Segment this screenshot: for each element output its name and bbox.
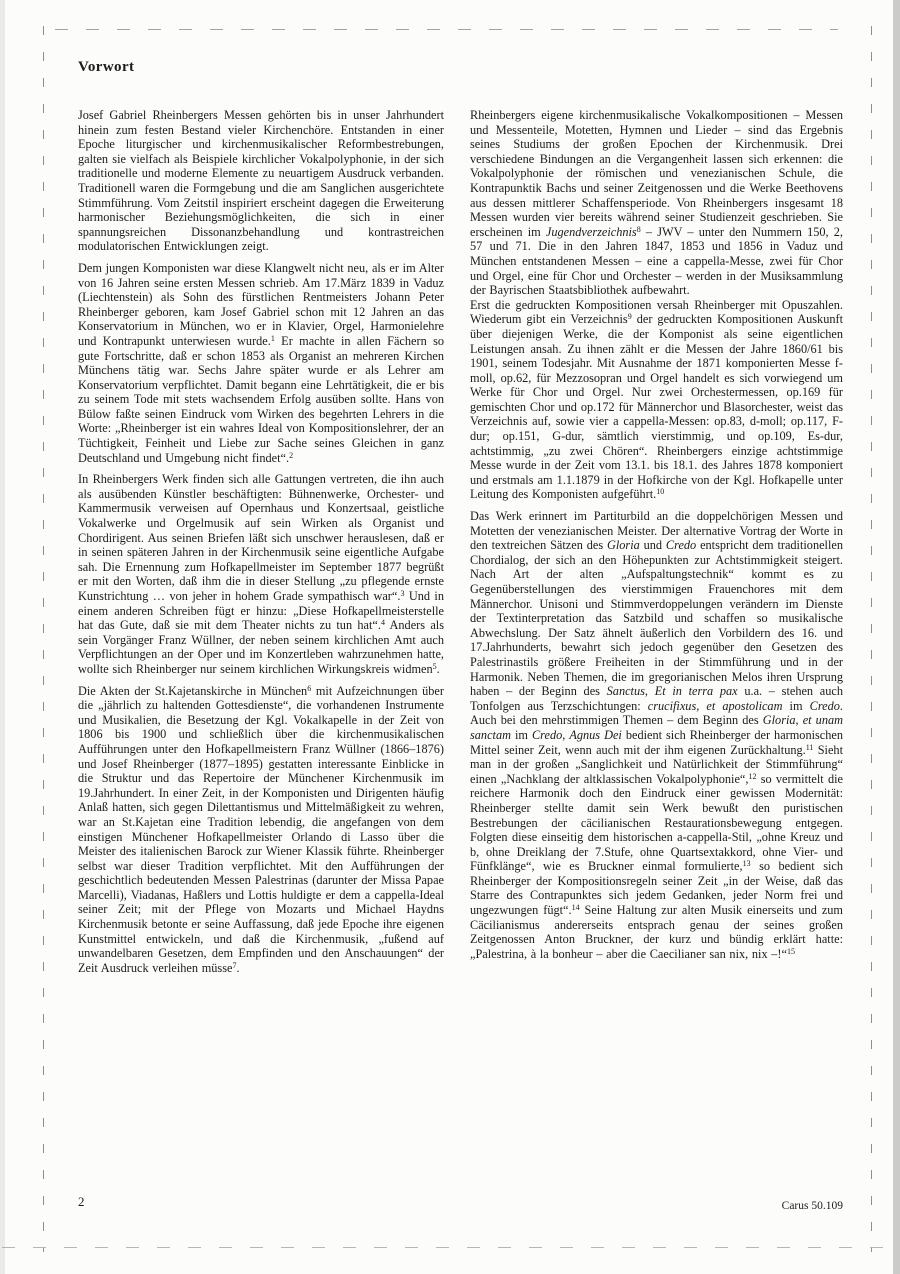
scan-fold-line-top [55, 29, 838, 30]
paragraph: Die Akten der St.Kajetanskirche in Münch… [78, 684, 444, 976]
paragraph: Das Werk erinnert im Partiturbild an die… [470, 509, 843, 961]
scan-edge-strip-right [893, 0, 900, 1274]
footer-page-number: 2 [78, 1194, 85, 1210]
paragraph: Dem jungen Komponisten war diese Klangwe… [78, 261, 444, 465]
scan-fold-line-right [871, 26, 872, 1252]
paragraph: Josef Gabriel Rheinbergers Messen gehört… [78, 108, 444, 254]
paragraph: Erst die gedruckten Kompositionen versah… [470, 298, 843, 502]
scan-edge-strip-left [0, 0, 5, 1274]
paragraph: In Rheinbergers Werk finden sich alle Ga… [78, 472, 444, 676]
footer-catalog-number: Carus 50.109 [782, 1200, 843, 1212]
scan-fold-line-bottom [2, 1247, 898, 1248]
text-column-right: Rheinbergers eigene kirchenmusikalische … [470, 108, 843, 968]
scanned-page: Vorwort Josef Gabriel Rheinbergers Messe… [0, 0, 900, 1274]
text-column-left: Josef Gabriel Rheinbergers Messen gehört… [78, 108, 444, 982]
scan-fold-line-left [43, 26, 44, 1252]
paragraph: Rheinbergers eigene kirchenmusikalische … [470, 108, 843, 298]
page-title: Vorwort [78, 59, 134, 76]
